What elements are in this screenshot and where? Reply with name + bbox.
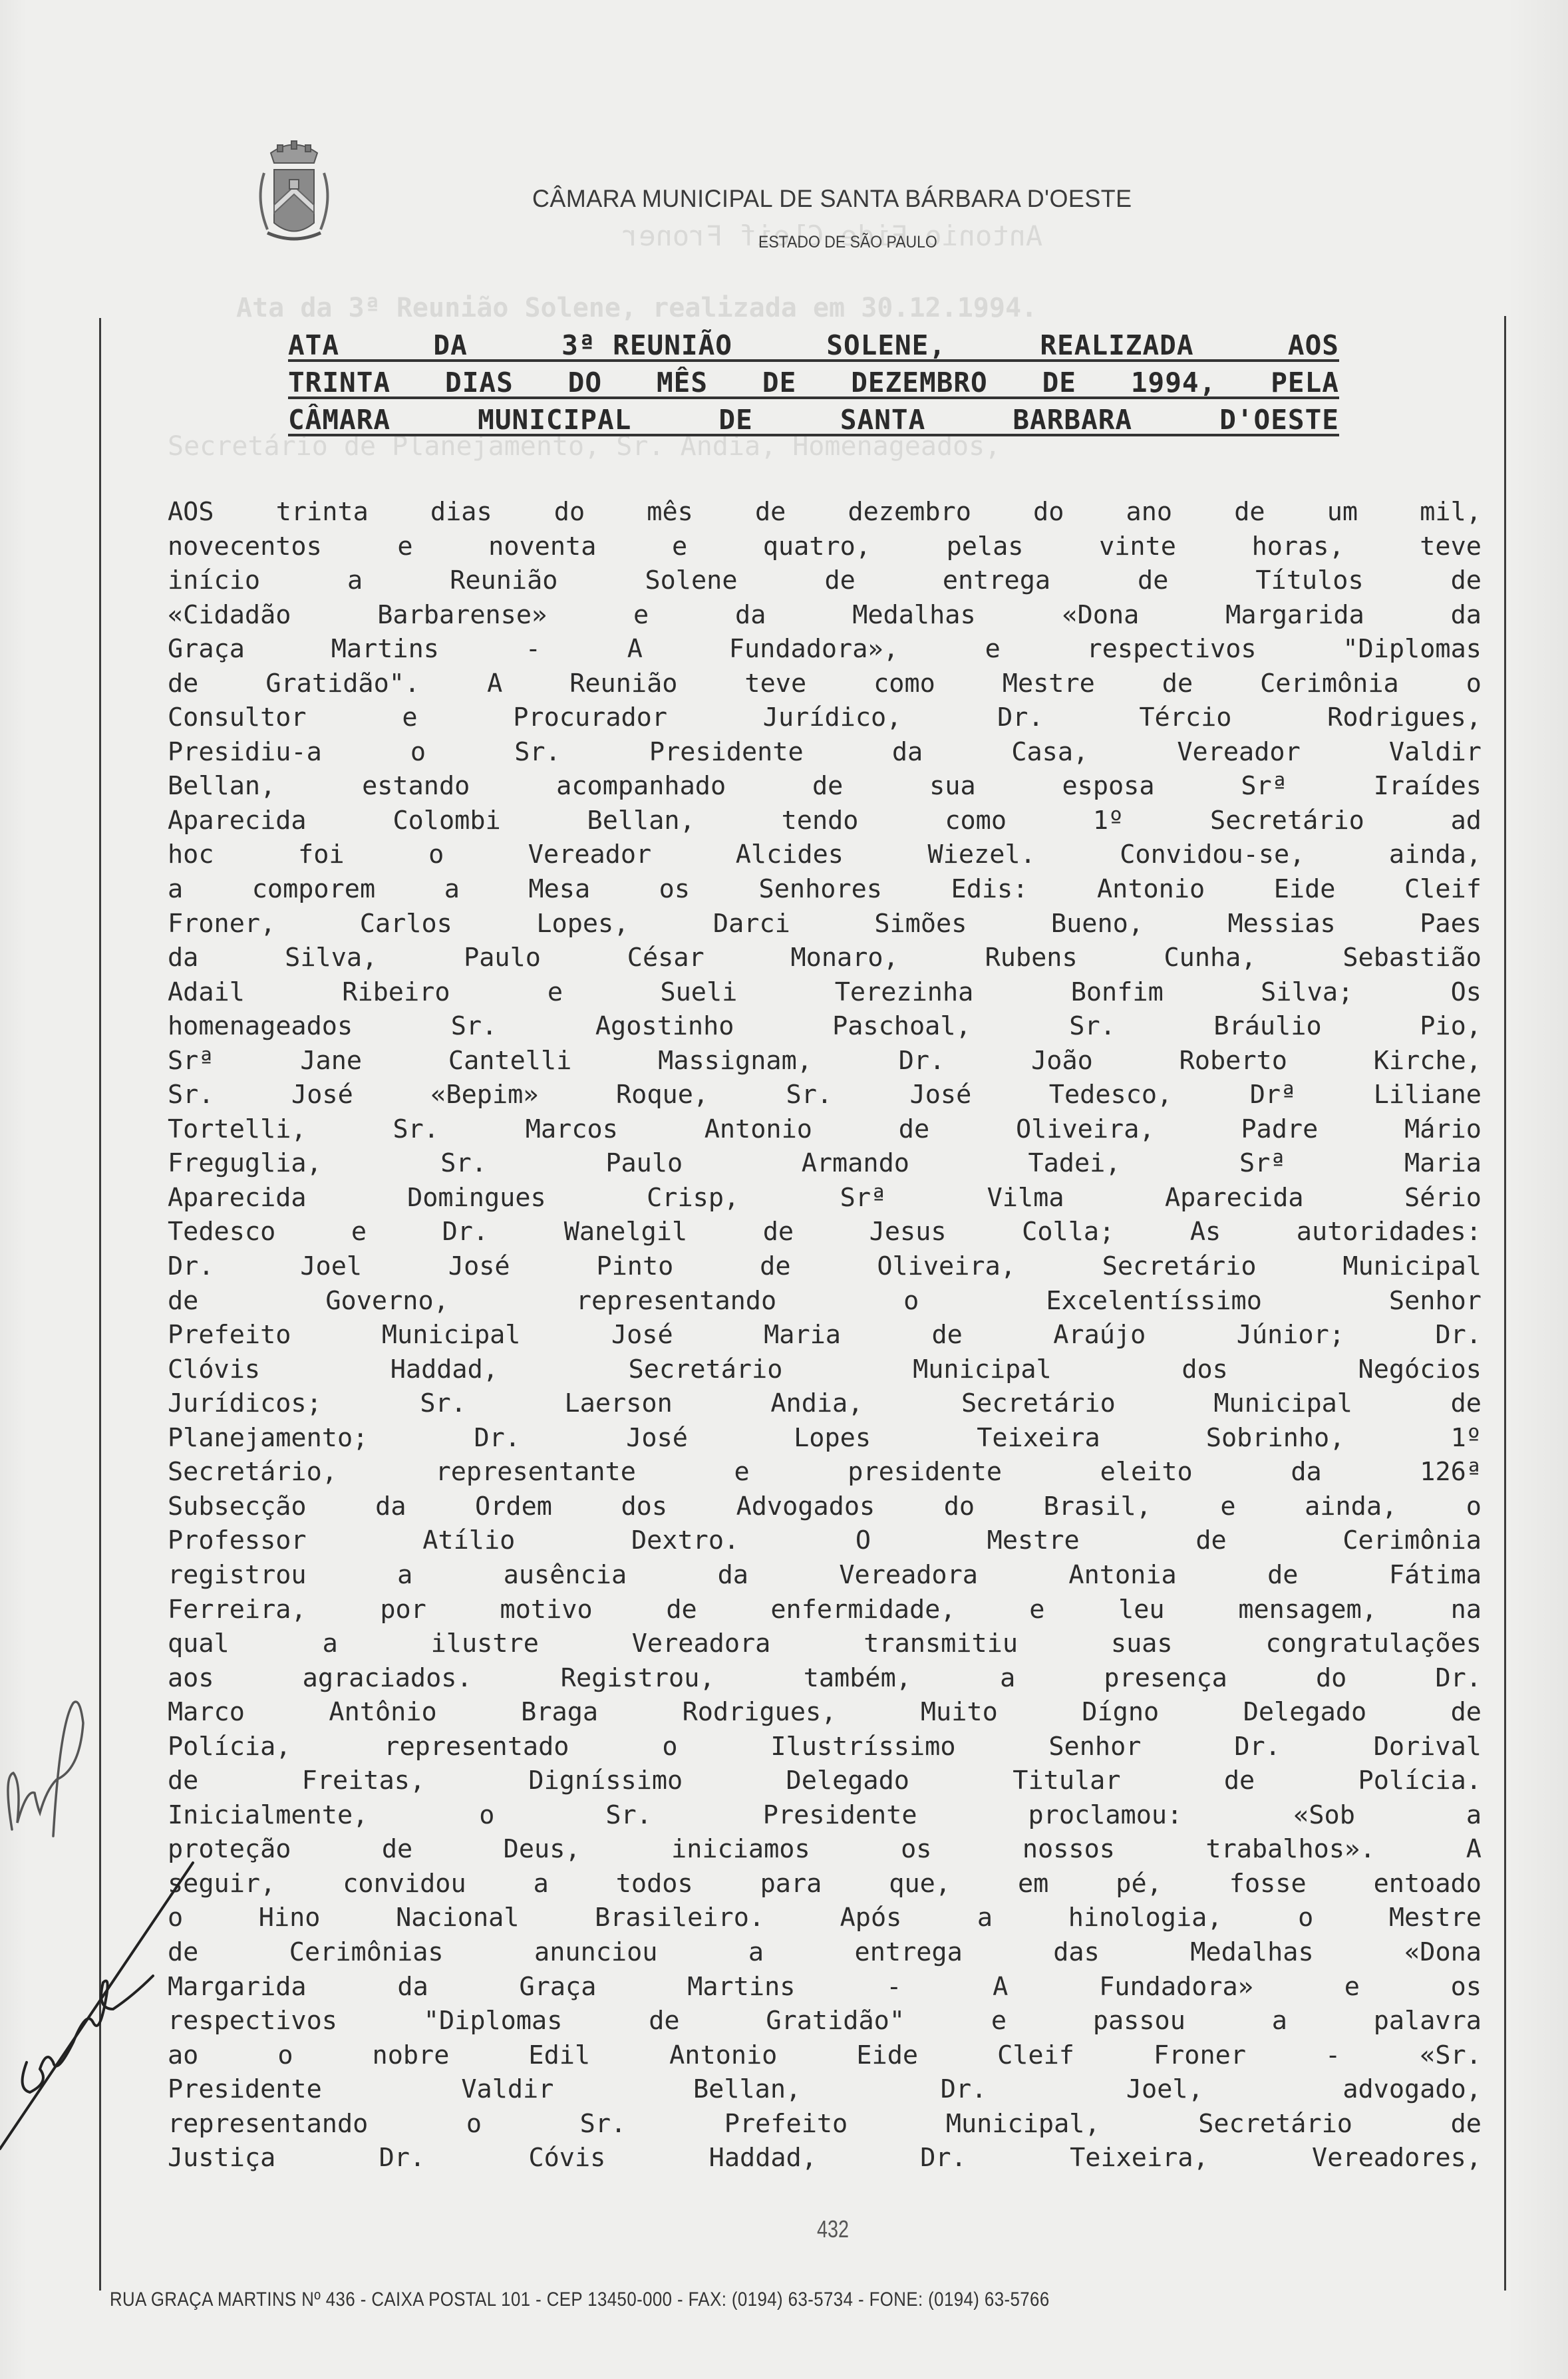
body-line: inícioaReuniãoSolenedeentregadeTítulosde (168, 563, 1482, 598)
body-line: Sr.José«Bepim»Roque,Sr.JoséTedesco,DrªLi… (168, 1078, 1482, 1112)
title-line: CÂMARAMUNICIPALDESANTABARBARAD'OESTE (288, 402, 1339, 436)
title-word: MUNICIPAL (478, 402, 631, 434)
margin-signatures-icon (0, 1663, 200, 2162)
title-word: DE (1042, 365, 1076, 397)
body-line: TedescoeDr.WanelgildeJesusColla;Asautori… (168, 1215, 1482, 1249)
body-line: representandooSr.PrefeitoMunicipal,Secre… (168, 2107, 1482, 2141)
body-line: deCerimôniasanunciouaentregadasMedalhas«… (168, 1935, 1482, 1970)
body-line: Dr.JoelJoséPintodeOliveira,SecretárioMun… (168, 1249, 1482, 1284)
title-line: ATADA3ª REUNIÃOSOLENE,REALIZADAAOS (288, 328, 1339, 362)
title-word: SOLENE, (826, 328, 946, 359)
title-word: MÊS (657, 365, 708, 397)
body-line: deGoverno,representandooExcelentíssimoSe… (168, 1284, 1482, 1319)
body-line: acomporemaMesaosSenhoresEdis:AntonioEide… (168, 872, 1482, 907)
organization-state: ESTADO DE SÃO PAULO (758, 233, 937, 252)
title-word: 3ª REUNIÃO (561, 328, 732, 359)
bleed-through-heading: Ata da 3ª Reunião Solene, realizada em 3… (236, 293, 1037, 323)
title-word: CÂMARA (288, 402, 391, 434)
title-word: REALIZADA (1040, 328, 1193, 359)
body-line: Planejamento;Dr.JoséLopesTeixeiraSobrinh… (168, 1421, 1482, 1456)
footer-address: RUA GRAÇA MARTINS Nº 436 - CAIXA POSTAL … (110, 2289, 1329, 2311)
body-line: ConsultoreProcuradorJurídico,Dr.TércioRo… (168, 701, 1482, 735)
title-word: SANTA (840, 402, 925, 434)
title-word: D'OESTE (1219, 402, 1339, 434)
organization-name: CÂMARA MUNICIPAL DE SANTA BÁRBARA D'OEST… (532, 185, 1132, 213)
body-line: hocfoioVereadorAlcidesWiezel.Convidou-se… (168, 838, 1482, 872)
title-word: ATA (288, 328, 339, 359)
title-word: DE (762, 365, 796, 397)
body-line: Secretário,representanteepresidenteeleit… (168, 1455, 1482, 1490)
body-line: MarcoAntônioBragaRodrigues,MuitoDígnoDel… (168, 1695, 1482, 1730)
body-line: proteçãodeDeus,iniciamososnossostrabalho… (168, 1832, 1482, 1867)
title-word: DE (718, 402, 752, 434)
body-line: SubsecçãodaOrdemdosAdvogadosdoBrasil,eai… (168, 1490, 1482, 1524)
body-line: PresidenteValdirBellan,Dr.Joel,advogado, (168, 2072, 1482, 2107)
title-word: 1994, (1131, 365, 1216, 397)
title-line: TRINTADIASDOMÊSDEDEZEMBRODE1994,PELA (288, 365, 1339, 399)
right-margin-rule (1504, 316, 1506, 2291)
title-word: DIAS (445, 365, 514, 397)
body-line: Tortelli,Sr.MarcosAntoniodeOliveira,Padr… (168, 1112, 1482, 1147)
body-line: «CidadãoBarbarense»edaMedalhas«DonaMarga… (168, 598, 1482, 633)
title-word: AOS (1288, 328, 1339, 359)
body-line: aoonobreEdilAntonioEideCleifFroner-«Sr. (168, 2038, 1482, 2073)
title-word: TRINTA (288, 365, 391, 397)
body-line: Jurídicos;Sr.LaersonAndia,SecretárioMuni… (168, 1386, 1482, 1421)
body-line: AdailRibeiroeSueliTerezinhaBonfimSilva;O… (168, 975, 1482, 1010)
body-line: seguir,convidouatodosparaque,empé,fossee… (168, 1867, 1482, 1901)
body-line: Freguglia,Sr.PauloArmandoTadei,SrªMaria (168, 1146, 1482, 1181)
body-line: deFreitas,DigníssimoDelegadoTitulardePol… (168, 1764, 1482, 1798)
document-title: ATADA3ª REUNIÃOSOLENE,REALIZADAAOSTRINTA… (288, 328, 1339, 440)
coat-of-arms-icon (247, 133, 341, 253)
body-line: AparecidaDominguesCrisp,SrªVilmaAparecid… (168, 1181, 1482, 1215)
body-line: oHinoNacionalBrasileiro.Apósahinologia,o… (168, 1901, 1482, 1935)
body-line: PrefeitoMunicipalJoséMariadeAraújoJúnior… (168, 1318, 1482, 1352)
body-line: deGratidão".AReuniãotevecomoMestredeCeri… (168, 667, 1482, 701)
body-line: AparecidaColombiBellan,tendocomo1ºSecret… (168, 804, 1482, 838)
title-word: DA (433, 328, 467, 359)
body-line: JustiçaDr.CóvisHaddad,Dr.Teixeira,Veread… (168, 2141, 1482, 2175)
body-line: homenageadosSr.AgostinhoPaschoal,Sr.Bráu… (168, 1009, 1482, 1044)
body-line: novecentosenoventaequatro,pelasvintehora… (168, 530, 1482, 564)
body-line: Inicialmente,oSr.Presidenteproclamou:«So… (168, 1798, 1482, 1833)
body-line: ClóvisHaddad,SecretárioMunicipaldosNegóc… (168, 1352, 1482, 1387)
title-word: DO (568, 365, 602, 397)
body-line: Bellan,estandoacompanhadodesuaesposaSrªI… (168, 769, 1482, 804)
body-line: Froner,CarlosLopes,DarciSimõesBueno,Mess… (168, 907, 1482, 941)
body-line: Presidiu-aoSr.PresidentedaCasa,VereadorV… (168, 735, 1482, 770)
minutes-body: AOStrintadiasdomêsdedezembrodoanodeummil… (168, 495, 1482, 2175)
body-line: aosagraciados.Registrou,também,apresença… (168, 1661, 1482, 1696)
body-line: Polícia,representadooIlustríssimoSenhorD… (168, 1730, 1482, 1764)
body-line: SrªJaneCantelliMassignam,Dr.JoãoRobertoK… (168, 1044, 1482, 1078)
body-line: respectivos"DiplomasdeGratidão"epassouap… (168, 2004, 1482, 2038)
body-line: GraçaMartins-AFundadora»,erespectivos"Di… (168, 632, 1482, 667)
body-line: AOStrintadiasdomêsdedezembrodoanodeummil… (168, 495, 1482, 530)
body-line: qualailustreVereadoratransmitiusuascongr… (168, 1627, 1482, 1661)
title-word: DEZEMBRO (851, 365, 987, 397)
page-number: 432 (817, 2215, 849, 2243)
body-line: ProfessorAtílioDextro.OMestredeCerimônia (168, 1523, 1482, 1558)
initials-stroke (8, 1702, 83, 1836)
title-word: PELA (1271, 365, 1339, 397)
body-line: MargaridadaGraçaMartins-AFundadora»eos (168, 1970, 1482, 2004)
body-line: daSilva,PauloCésarMonaro,RubensCunha,Seb… (168, 941, 1482, 975)
body-line: Ferreira,pormotivodeenfermidade,eleumens… (168, 1593, 1482, 1627)
body-line: registrouaausênciadaVereadoraAntoniadeFá… (168, 1558, 1482, 1593)
title-word: BARBARA (1013, 402, 1132, 434)
